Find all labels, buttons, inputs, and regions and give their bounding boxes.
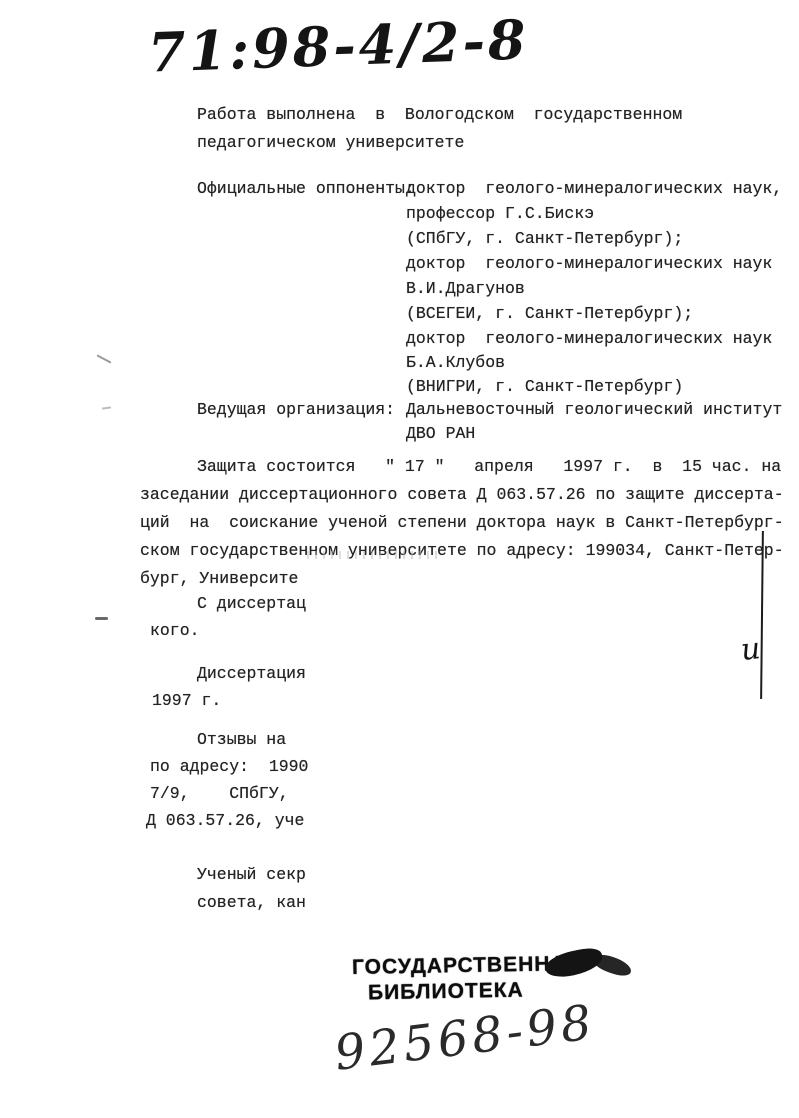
line-library-note-1: С диссертац — [197, 593, 306, 614]
line-reviews-4: Д 063.57.26, уче — [146, 810, 304, 831]
line-reviews-2: по адресу: 1990 — [150, 756, 308, 777]
line-leading-org-value-1: Дальневосточный геологический институт — [406, 399, 782, 420]
line-affiliation-1: Работа выполнена в Вологодском государст… — [197, 104, 682, 125]
line-opponent-3-org: (ВНИГРИ, г. Санкт-Петербург) — [406, 376, 683, 397]
line-opponents-label: Официальные оппоненты: — [197, 178, 415, 199]
line-opponent-3-name: Б.А.Клубов — [406, 352, 505, 373]
line-dissertation-1: Диссертация — [197, 663, 306, 684]
line-affiliation-2: педагогическом университете — [197, 132, 464, 153]
line-defense-4: ском государственном университете по адр… — [140, 540, 784, 561]
margin-tick-mark — [96, 354, 111, 363]
handwritten-call-number: 71:98-4/2-8 — [147, 7, 530, 84]
library-stamp-line-2: БИБЛИОТЕКА — [368, 979, 524, 1006]
handwritten-margin-mark: и — [739, 631, 762, 668]
line-opponent-2-name: В.И.Драгунов — [406, 278, 525, 299]
line-opponent-3-degree: доктор геолого-минералогических наук — [406, 328, 772, 349]
line-defense-1: Защита состоится " 17 " апреля 1997 г. в… — [197, 456, 781, 477]
line-opponent-1-org: (СПбГУ, г. Санкт-Петербург); — [406, 228, 683, 249]
line-defense-5-truncated: бург, Университе — [140, 568, 298, 589]
line-opponent-1-name: профессор Г.С.Бискэ — [406, 203, 594, 224]
margin-tick-mark — [102, 406, 111, 409]
line-reviews-1: Отзывы на — [197, 729, 286, 750]
line-reviews-3: 7/9, СПбГУ, — [150, 783, 289, 804]
line-leading-org-value-2: ДВО РАН — [406, 423, 475, 444]
faded-text-trace — [307, 551, 437, 559]
line-opponent-1-degree: доктор геолого-минералогических наук, — [406, 178, 782, 199]
line-secretary-2: совета, кан — [197, 892, 306, 913]
line-library-note-2: кого. — [150, 620, 200, 641]
line-dissertation-2: 1997 г. — [152, 690, 221, 711]
scanned-document-page: 71:98-4/2-8 Работа выполнена в Вологодск… — [0, 0, 799, 1118]
line-defense-3: ций на соискание ученой степени доктора … — [140, 512, 784, 533]
line-opponent-2-degree: доктор геолого-минералогических наук — [406, 253, 772, 274]
line-opponent-2-org: (ВСЕГЕИ, г. Санкт-Петербург); — [406, 303, 693, 324]
scan-edge-line — [760, 531, 764, 699]
margin-dash-mark — [95, 617, 108, 620]
line-secretary-1: Ученый секр — [197, 864, 306, 885]
line-defense-2: заседании диссертационного совета Д 063.… — [140, 484, 784, 505]
handwritten-accession-number: 92568-98 — [332, 994, 599, 1082]
line-leading-org-label: Ведущая организация: — [197, 399, 395, 420]
ink-smudge-small — [591, 951, 634, 979]
